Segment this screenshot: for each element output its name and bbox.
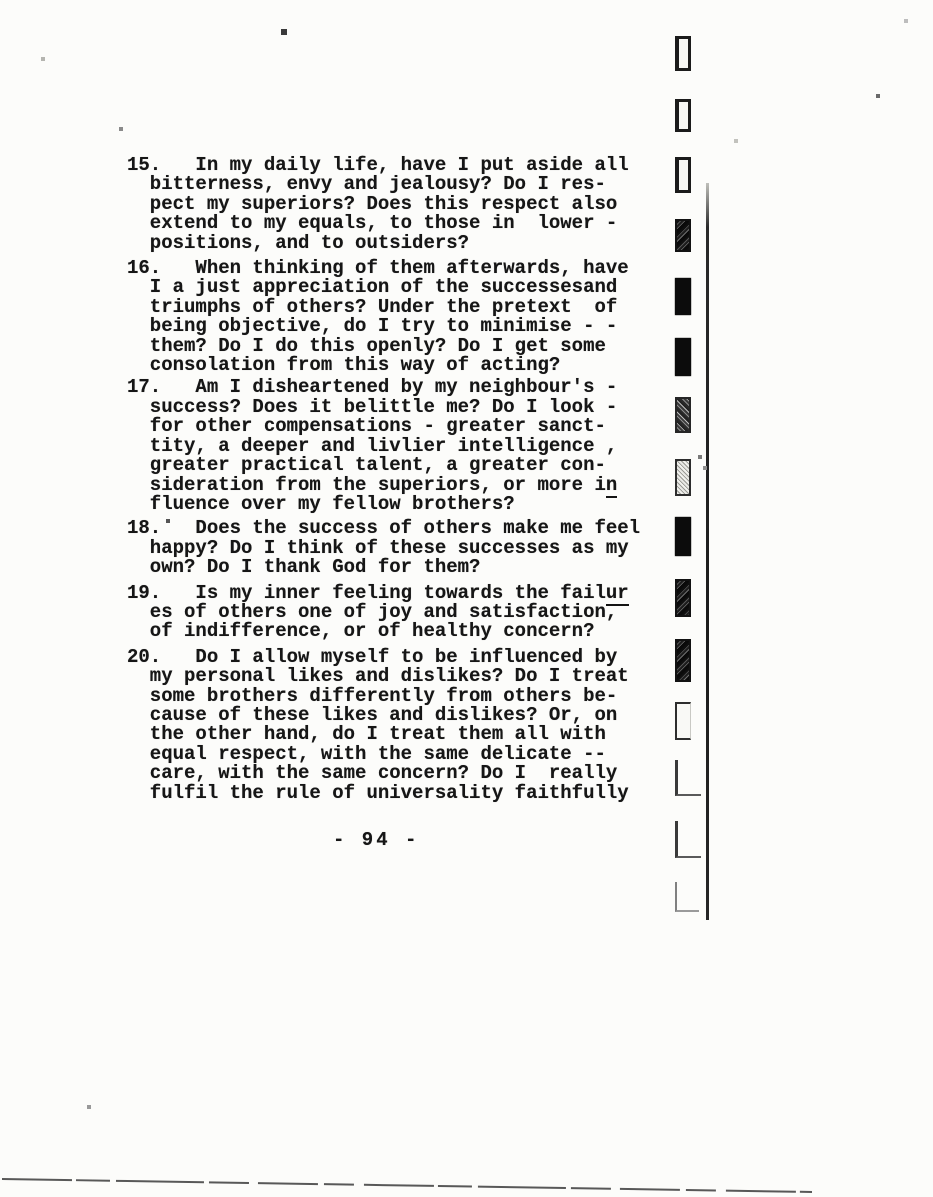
punch-hole-mark [675,702,691,740]
punch-hole-mark [675,278,691,315]
punch-hole-mark [675,821,701,858]
punch-hole-mark [675,219,691,252]
scanned-page: 15. In my daily life, have I put aside a… [0,0,933,1197]
text-line: fulfil the rule of universality faithful… [127,784,640,803]
punch-hole-mark [675,36,691,71]
list-item: 19. Is my inner feeling towards the fail… [127,584,640,642]
punch-hole-mark [675,157,691,193]
punch-hole-mark [675,517,691,556]
punch-hole-mark [675,459,691,496]
page-number: - 94 - [333,829,419,851]
text-line: of indifference, or of healthy concern? [127,622,640,641]
list-item: 20. Do I allow myself to be influenced b… [127,648,640,803]
list-item: 15. In my daily life, have I put aside a… [127,156,640,253]
text-line: own? Do I thank God for them? [127,558,640,577]
punch-hole-mark [675,882,699,912]
punch-hole-mark [675,397,691,433]
punch-hole-mark [675,579,691,617]
punch-hole-mark [675,99,691,132]
list-item: 18. Does the success of others make me f… [127,519,640,577]
scan-speckles [0,0,2,2]
list-item: 16. When thinking of them afterwards, ha… [127,259,640,375]
document-text: 15. In my daily life, have I put aside a… [127,156,640,809]
punch-hole-mark [675,760,701,796]
list-item: 17. Am I disheartened by my neighbour's … [127,378,640,514]
punch-hole-mark [675,338,691,376]
scan-edge-line [706,183,709,920]
text-line: consolation from this way of acting? [127,356,640,375]
text-line: fluence over my fellow brothers? [127,495,640,514]
punch-hole-mark [675,639,691,682]
text-line: positions, and to outsiders? [127,234,640,253]
